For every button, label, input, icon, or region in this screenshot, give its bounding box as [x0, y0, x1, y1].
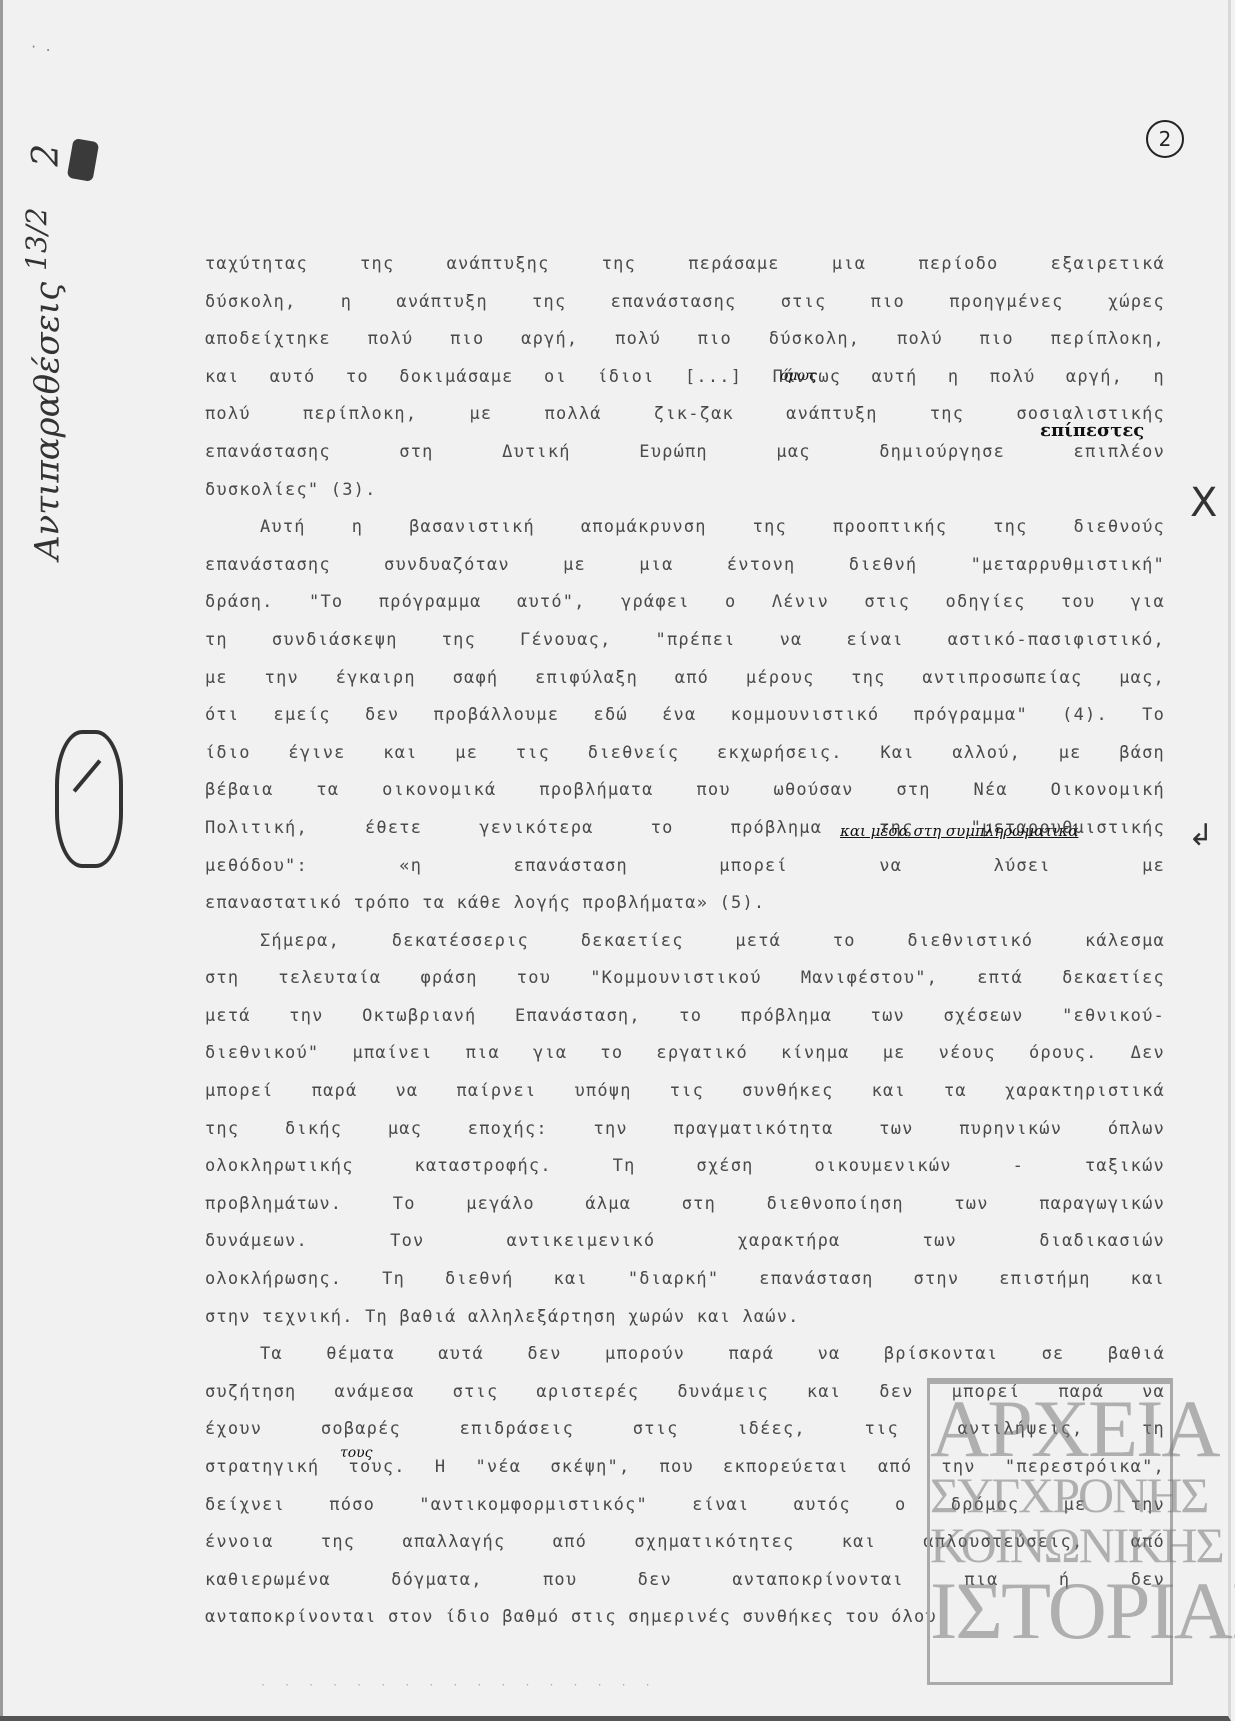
stamp-line: ΑΡΧΕΙΑ — [930, 1388, 1170, 1470]
typed-line: δυσκολίες" (3). — [205, 472, 1165, 510]
typed-line: ολοκληρωτικής καταστροφής. Τη σχέση οικο… — [205, 1148, 1165, 1186]
typed-line: ίδιο έγινε και με τις διεθνείς εκχωρήσει… — [205, 735, 1165, 773]
margin-x-mark: X — [1190, 480, 1217, 526]
typed-line: δύσκολη, η ανάπτυξη της επανάστασης στις… — [205, 284, 1165, 322]
typed-line: τη συνδιάσκεψη της Γένουας, "πρέπει να ε… — [205, 622, 1165, 660]
margin-digit: 2 — [26, 144, 67, 167]
typed-line: μετά την Οκτωβριανή Επανάσταση, το πρόβλ… — [205, 998, 1165, 1036]
typed-line: πολύ περίπλοκη, με πολλά ζικ-ζακ ανάπτυξ… — [205, 396, 1165, 434]
typed-line: με την έγκαιρη σαφή επιφύλαξη από μέρους… — [205, 660, 1165, 698]
typed-line: επανάστασης συνδυαζόταν με μια έντονη δι… — [205, 547, 1165, 585]
page-number-circled: 2 — [1146, 120, 1184, 158]
typed-line: στην τεχνική. Τη βαθιά αλληλεξάρτηση χωρ… — [205, 1299, 1165, 1337]
typed-line: Σήμερα, δεκατέσσερις δεκαετίες μετά το δ… — [205, 923, 1165, 961]
margin-crossed-circle-icon — [55, 730, 123, 868]
typed-line: μπορεί παρά να παίρνει υπόψη τις συνθήκε… — [205, 1073, 1165, 1111]
handwritten-insert: και μέσα στη συμπληρωματικά — [840, 822, 1078, 840]
typed-line: επαναστατικό τρόπο τα κάθε λογής προβλήμ… — [205, 885, 1165, 923]
typed-line: ολοκλήρωσης. Τη διεθνή και "διαρκή" επαν… — [205, 1261, 1165, 1299]
typed-line: δράση. "Το πρόγραμμα αυτό", γράφει ο Λέν… — [205, 584, 1165, 622]
stamp-line: ΙΣΤΟΡΙΑΣ — [930, 1570, 1170, 1652]
typed-line: και αυτό το δοκιμάσαμε οι ίδιοι [...] Πά… — [205, 359, 1165, 397]
document-page: · . 2 Αντιπαραθέσεις 13/2 2 ταχύτητας τη… — [0, 0, 1231, 1721]
typed-line: δυνάμεων. Τον αντικειμενικό χαρακτήρα τω… — [205, 1223, 1165, 1261]
scan-specks: · . — [30, 40, 52, 54]
typed-line: αποδείχτηκε πολύ πιο αργή, πολύ πιο δύσκ… — [205, 321, 1165, 359]
typed-line: Αυτή η βασανιστική απομάκρυνση της προοπ… — [205, 509, 1165, 547]
handwritten-insert: όμως — [780, 368, 817, 384]
typed-line: Τα θέματα αυτά δεν μπορούν παρά να βρίσκ… — [205, 1336, 1165, 1374]
typed-line: προβλημάτων. Το μεγάλο άλμα στη διεθνοπο… — [205, 1186, 1165, 1224]
scan-edge — [0, 0, 3, 1716]
page-number: 2 — [1159, 127, 1172, 151]
typed-line: επανάστασης στη Δυτική Ευρώπη μας δημιού… — [205, 434, 1165, 472]
handwritten-insert: επίπεστες — [1040, 420, 1144, 441]
typed-line: διεθνικού" μπαίνει πια για το εργατικό κ… — [205, 1035, 1165, 1073]
typed-line: μεθόδου": «η επανάσταση μπορεί να λύσει … — [205, 848, 1165, 886]
typed-line: βέβαια τα οικονομικά προβλήματα που ωθού… — [205, 772, 1165, 810]
margin-handwritten-note: Αντιπαραθέσεις 13/2 2 — [20, 144, 67, 560]
ink-blot-mark — [67, 138, 100, 182]
margin-arrow-icon: ↲ — [1188, 818, 1213, 853]
typed-line: της δικής μας εποχής: την πραγματικότητα… — [205, 1111, 1165, 1149]
archive-watermark-stamp: ΑΡΧΕΙΑ ΣΥΓΧΡΟΝΗΣ ΚΟΙΝΩΝΙΚΗΣ ΙΣΤΟΡΙΑΣ — [927, 1378, 1173, 1685]
typed-line: ότι εμείς δεν προβάλλουμε εδώ ένα κομμου… — [205, 697, 1165, 735]
handwritten-insert: τους — [340, 1445, 373, 1461]
margin-note-text: Αντιπαραθέσεις — [27, 282, 67, 560]
typed-line: στη τελευταία φράση του "Κομμουνιστικού … — [205, 960, 1165, 998]
margin-note-date: 13/2 — [20, 207, 53, 271]
stamp-line: ΚΟΙΝΩΝΙΚΗΣ — [930, 1520, 1170, 1570]
stamp-line: ΣΥΓΧΡΟΝΗΣ — [930, 1470, 1170, 1520]
typed-line: ταχύτητας της ανάπτυξης της περάσαμε μια… — [205, 246, 1165, 284]
scan-dots: · · · · · · · · · · · · · · · · · — [260, 1680, 657, 1691]
